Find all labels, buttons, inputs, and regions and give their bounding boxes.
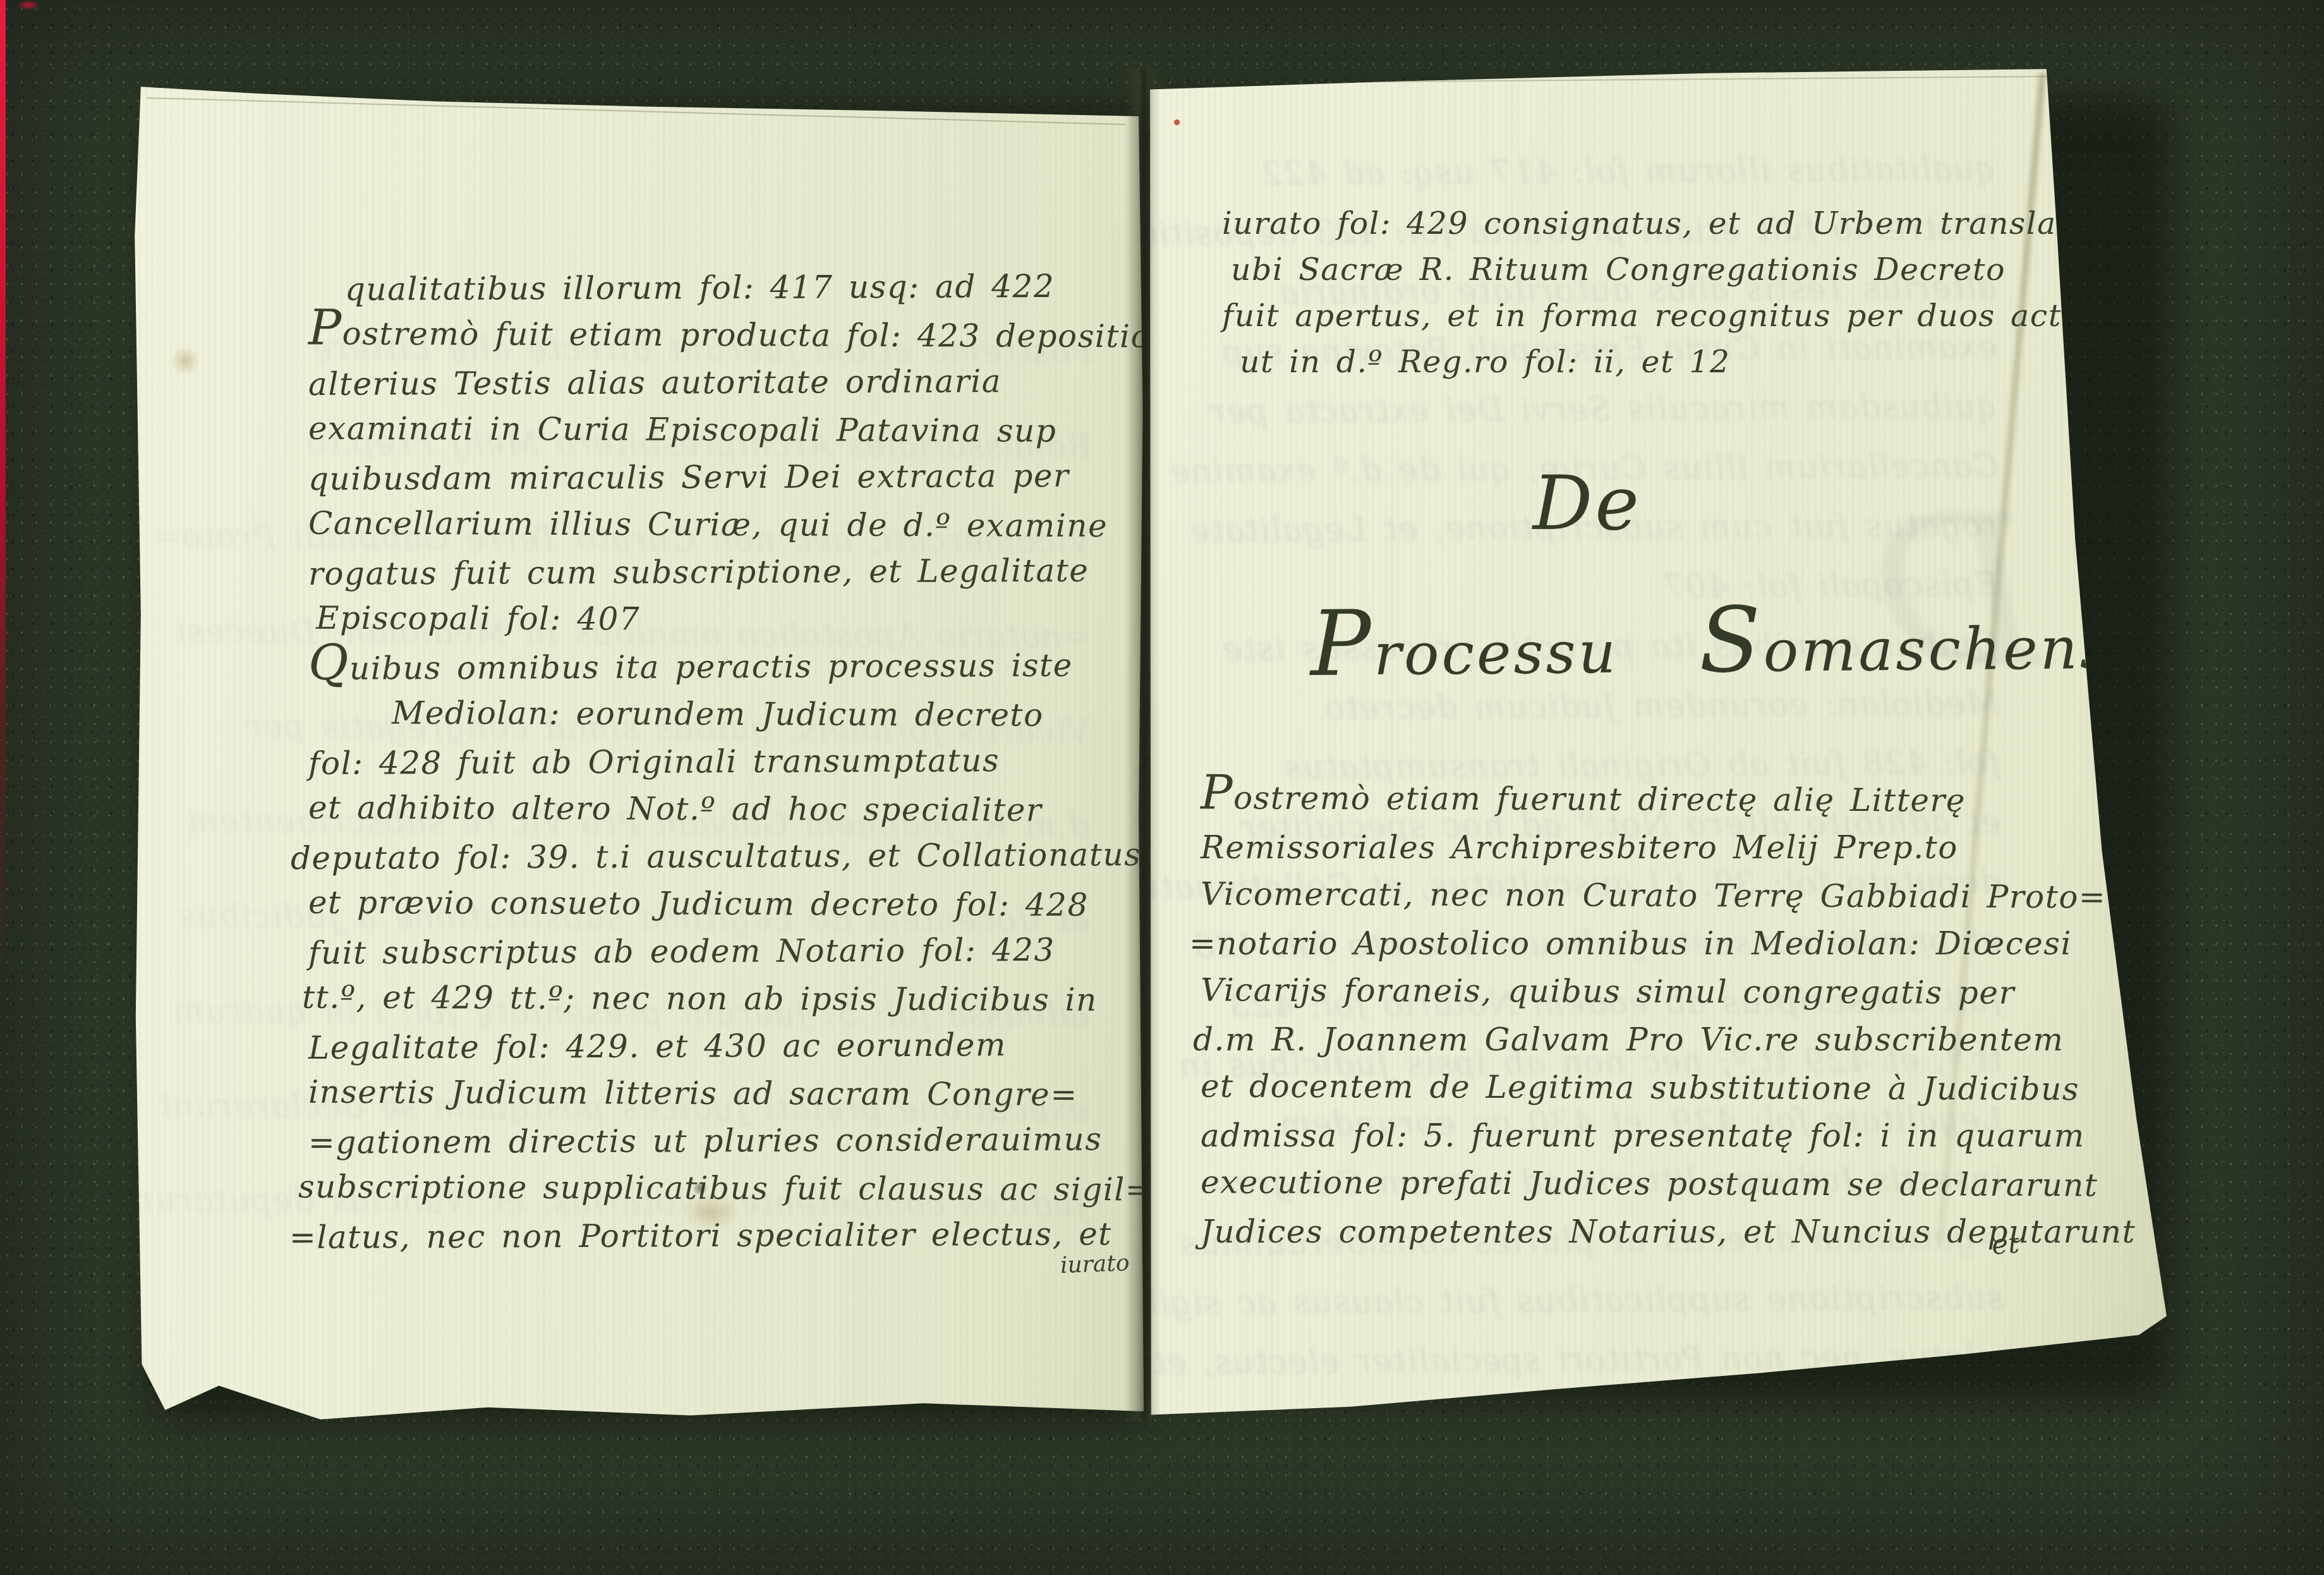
manuscript-line: Episcopali fol: 407 bbox=[316, 595, 1153, 645]
right-page: qualitatibus illorum fol: 417 usq: ad 42… bbox=[1145, 66, 2172, 1419]
manuscript-line: =latus, nec non Portitori specialiter el… bbox=[289, 1210, 1153, 1262]
manuscript-line: ut in d.º Reg.ro fol: ii, et 12 bbox=[1240, 339, 2108, 385]
right-page-body-text: Postremò etiam fuerunt directę alię Litt… bbox=[1201, 775, 2136, 1256]
manuscript-line: quibusdam miraculis Servi Dei extracta p… bbox=[308, 452, 1153, 503]
manuscript-line: Legalitate fol: 429. et 430 ac eorundem bbox=[308, 1021, 1153, 1072]
manuscript-line: admissa fol: 5. fuerunt presentatę fol: … bbox=[1201, 1112, 2136, 1160]
manuscript-line: et docentem de Legitima substitutione à … bbox=[1201, 1062, 2136, 1113]
manuscript-line: alterius Testis alias autoritate ordinar… bbox=[308, 357, 1153, 408]
manuscript-line: Vicomercati, nec non Curato Terrę Gabbia… bbox=[1201, 870, 2136, 921]
manuscript-line: fol: 428 fuit ab Originali transumptatus bbox=[308, 736, 1153, 787]
manuscript-line: d.m R. Joannem Galvam Pro Vic.re subscri… bbox=[1193, 1016, 2136, 1064]
red-ink-dot bbox=[1174, 119, 1180, 125]
right-page-intro-text: iurato fol: 429 consignatus, et ad Urbem… bbox=[1222, 200, 2108, 385]
manuscript-photo: Postremò etiam fuerunt directę alię Litt… bbox=[0, 0, 2324, 1575]
manuscript-line: Remissoriales Archipresbitero Melij Prep… bbox=[1201, 824, 2136, 872]
manuscript-line: fuit apertus, et in forma recognitus per… bbox=[1222, 293, 2108, 339]
heading-word-processu: Processu bbox=[1310, 615, 1619, 684]
deckle-edge-line bbox=[1155, 76, 2049, 84]
bleed-through-line: subscriptione supplicatibus fuit clausus… bbox=[1111, 1268, 2004, 1334]
catchword-left: iurato bbox=[1060, 1250, 1130, 1279]
manuscript-line: Postremò fuit etiam producta fol: 423 de… bbox=[308, 310, 1153, 361]
manuscript-line: Postremò etiam fuerunt directę alię Litt… bbox=[1201, 774, 2136, 825]
manuscript-line: deputato fol: 39. t.i auscultatus, et Co… bbox=[291, 831, 1153, 882]
manuscript-line: examinati in Curia Episcopali Patavina s… bbox=[308, 405, 1153, 456]
manuscript-line: Vicarijs foraneis, quibus simul congrega… bbox=[1201, 966, 2136, 1017]
manuscript-line: executione prefati Judices postquam se d… bbox=[1201, 1158, 2136, 1209]
chapter-heading: De Processu Somaschensi bbox=[1145, 466, 2049, 682]
manuscript-line: fuit subscriptus ab eodem Notario fol: 4… bbox=[308, 926, 1153, 977]
heading-word-somaschensi: Somaschensi bbox=[1699, 611, 2134, 681]
manuscript-line: tt.º, et 429 tt.º; nec non ab ipsis Judi… bbox=[302, 974, 1153, 1025]
manuscript-line: ubi Sacræ R. Rituum Congregationis Decre… bbox=[1231, 246, 2108, 293]
red-edge-mark bbox=[0, 0, 6, 986]
manuscript-line: insertis Judicum litteris ad sacram Cong… bbox=[308, 1069, 1153, 1119]
left-page: Postremò etiam fuerunt directę alię Litt… bbox=[133, 75, 1147, 1421]
manuscript-line: iurato fol: 429 consignatus, et ad Urbem… bbox=[1222, 200, 2108, 246]
manuscript-line: =gationem directis ut pluries considerau… bbox=[308, 1116, 1153, 1167]
left-page-text: qualitatibus illorum fol: 417 usq: ad 42… bbox=[308, 264, 1153, 1260]
stain bbox=[171, 346, 200, 375]
manuscript-line: rogatus fuit cum subscriptione, et Legal… bbox=[308, 547, 1153, 598]
red-edge-smudge bbox=[16, 0, 40, 10]
manuscript-line: subscriptione supplicatibus fuit clausus… bbox=[298, 1164, 1153, 1214]
manuscript-line: et adhibito altero Not.º ad hoc speciali… bbox=[308, 784, 1153, 835]
manuscript-line: et prævio consueto Judicum decreto fol: … bbox=[308, 879, 1153, 930]
manuscript-line: =notario Apostolico omnibus in Mediolan:… bbox=[1189, 920, 2136, 968]
manuscript-line: qualitatibus illorum fol: 417 usq: ad 42… bbox=[345, 262, 1153, 313]
heading-word-de: De bbox=[1126, 466, 2049, 540]
manuscript-line: Quibus omnibus ita peractis processus is… bbox=[308, 642, 1153, 693]
catchword-right: et bbox=[1990, 1227, 2020, 1262]
bleed-through-line: qualitatibus illorum fol: 417 usq: ad 42… bbox=[1103, 139, 1996, 205]
bleed-through-line: quibusdam miraculis Servi Dei extracta p… bbox=[1105, 377, 1998, 442]
manuscript-line: Cancellarium illius Curiæ, qui de d.º ex… bbox=[308, 500, 1153, 550]
manuscript-line: Mediolan: eorundem Judicum decreto bbox=[392, 690, 1153, 739]
